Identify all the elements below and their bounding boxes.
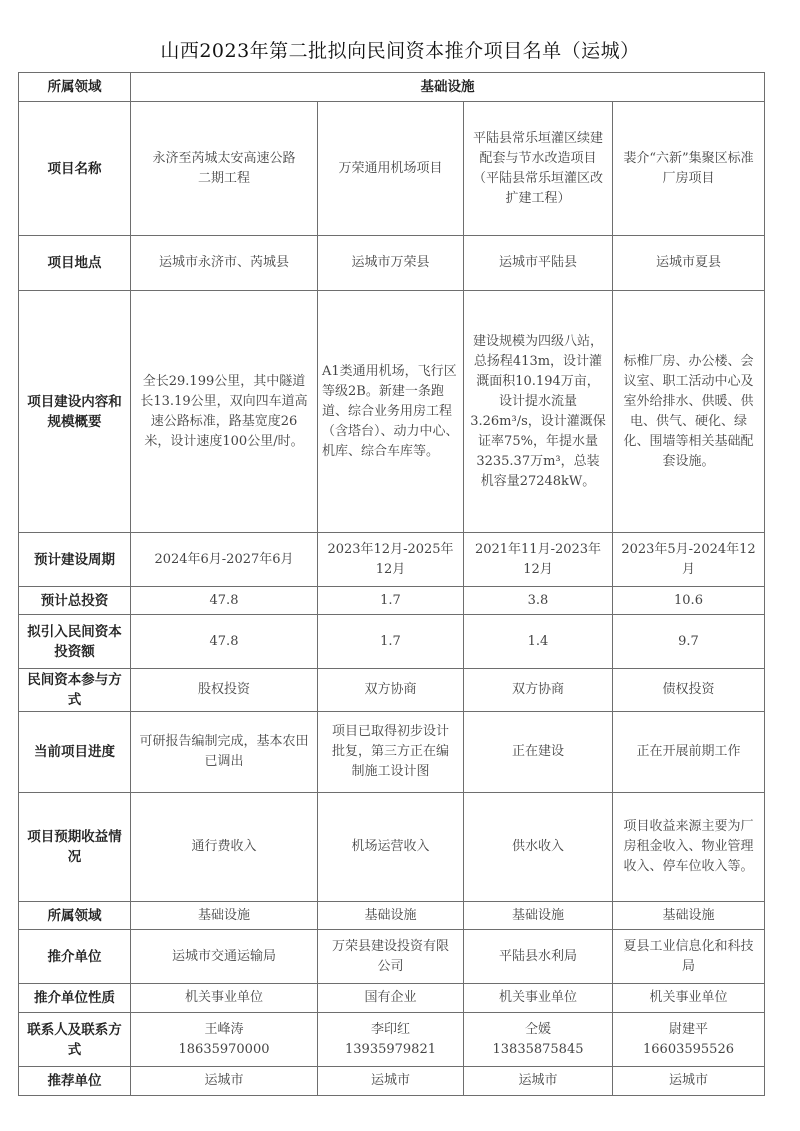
project-table: 所属领域 基础设施 项目名称 永济至芮城太安高速公路二期工程 万荣通用机场项目 … (18, 72, 765, 1096)
contact-name: 仝媛 (468, 1020, 608, 1040)
document-title: 山西2023年第二批拟向民间资本推介项目名单（运城） (0, 36, 800, 63)
table-cell: 3.8 (464, 587, 613, 615)
table-cell: 1.7 (318, 615, 464, 669)
table-cell: 机场运营收入 (318, 793, 464, 902)
table-cell: 运城市永济市、芮城县 (131, 236, 318, 291)
table-row: 预计总投资 47.8 1.7 3.8 10.6 (19, 587, 765, 615)
table-cell: 2023年12月-2025年12月 (318, 533, 464, 587)
table-cell: 供水收入 (464, 793, 613, 902)
row-label: 当前项目进度 (19, 712, 131, 793)
table-row: 拟引入民间资本投资额 47.8 1.7 1.4 9.7 (19, 615, 765, 669)
table-cell: 基础设施 (131, 902, 318, 930)
table-cell: 国有企业 (318, 984, 464, 1013)
table-cell: 运城市夏县 (613, 236, 765, 291)
table-cell: 正在开展前期工作 (613, 712, 765, 793)
table-cell: 全长29.199公里，其中隧道长13.19公里，双向四车道高速公路标准，路基宽度… (131, 291, 318, 533)
row-label: 项目建设内容和规模概要 (19, 291, 131, 533)
table-row: 推介单位 运城市交通运输局 万荣县建设投资有限公司 平陆县水利局 夏县工业信息化… (19, 930, 765, 984)
table-cell: 机关事业单位 (131, 984, 318, 1013)
table-cell: 9.7 (613, 615, 765, 669)
table-row: 项目名称 永济至芮城太安高速公路二期工程 万荣通用机场项目 平陆县常乐垣灌区续建… (19, 102, 765, 236)
table-cell: 运城市 (613, 1067, 765, 1096)
table-row: 项目建设内容和规模概要 全长29.199公里，其中隧道长13.19公里，双向四车… (19, 291, 765, 533)
table-row: 推介单位性质 机关事业单位 国有企业 机关事业单位 机关事业单位 (19, 984, 765, 1013)
table-cell: 10.6 (613, 587, 765, 615)
table-cell: 通行费收入 (131, 793, 318, 902)
header-row: 所属领域 基础设施 (19, 73, 765, 102)
table-cell: 运城市 (131, 1067, 318, 1096)
table-cell: 1.4 (464, 615, 613, 669)
row-label: 预计建设周期 (19, 533, 131, 587)
table-cell: 47.8 (131, 615, 318, 669)
table-row: 当前项目进度 可研报告编制完成，基本农田已调出 项目已取得初步设计批复，第三方正… (19, 712, 765, 793)
contact-name: 李印红 (322, 1020, 459, 1040)
contact-phone: 13935979821 (322, 1040, 459, 1060)
header-label: 所属领域 (19, 73, 131, 102)
table-cell: 基础设施 (613, 902, 765, 930)
row-label: 民间资本参与方式 (19, 669, 131, 712)
table-cell: 运城市平陆县 (464, 236, 613, 291)
header-value: 基础设施 (131, 73, 765, 102)
table-cell: 运城市交通运输局 (131, 930, 318, 984)
contact-phone: 16603595526 (617, 1040, 760, 1060)
table-cell: 机关事业单位 (613, 984, 765, 1013)
table-cell: 标椎厂房、办公楼、会议室、职工活动中心及室外给排水、供暖、供电、供气、硬化、绿化… (613, 291, 765, 533)
table-row: 联系人及联系方式 王峰涛 18635970000 李印红 13935979821… (19, 1013, 765, 1067)
table-row: 所属领域 基础设施 基础设施 基础设施 基础设施 (19, 902, 765, 930)
table-cell: 运城市 (464, 1067, 613, 1096)
table-cell: A1类通用机场，飞行区等级2B。新建一条跑道、综合业务用房工程（含塔台）、动力中… (318, 291, 464, 533)
table-row: 民间资本参与方式 股权投资 双方协商 双方协商 债权投资 (19, 669, 765, 712)
table-cell: 项目已取得初步设计批复，第三方正在编制施工设计图 (318, 712, 464, 793)
table-cell: 双方协商 (318, 669, 464, 712)
table-cell: 平陆县常乐垣灌区续建配套与节水改造项目（平陆县常乐垣灌区改扩建工程） (464, 102, 613, 236)
row-label: 推介单位性质 (19, 984, 131, 1013)
table-cell: 基础设施 (464, 902, 613, 930)
table-cell: 永济至芮城太安高速公路二期工程 (131, 102, 318, 236)
row-label: 拟引入民间资本投资额 (19, 615, 131, 669)
contact-cell: 王峰涛 18635970000 (131, 1013, 318, 1067)
contact-cell: 仝媛 13835875845 (464, 1013, 613, 1067)
table-row: 项目预期收益情况 通行费收入 机场运营收入 供水收入 项目收益来源主要为厂房租金… (19, 793, 765, 902)
table-row: 推荐单位 运城市 运城市 运城市 运城市 (19, 1067, 765, 1096)
table-cell: 2023年5月-2024年12月 (613, 533, 765, 587)
table-cell: 可研报告编制完成，基本农田已调出 (131, 712, 318, 793)
contact-phone: 13835875845 (468, 1040, 608, 1060)
table-cell: 裴介“六新”集聚区标准厂房项目 (613, 102, 765, 236)
contact-name: 王峰涛 (135, 1020, 313, 1040)
table-cell: 2021年11月-2023年12月 (464, 533, 613, 587)
contact-cell: 李印红 13935979821 (318, 1013, 464, 1067)
contact-cell: 尉建平 16603595526 (613, 1013, 765, 1067)
table-row: 预计建设周期 2024年6月-2027年6月 2023年12月-2025年12月… (19, 533, 765, 587)
table-cell: 运城市 (318, 1067, 464, 1096)
table-cell: 夏县工业信息化和科技局 (613, 930, 765, 984)
contact-name: 尉建平 (617, 1020, 760, 1040)
table-cell: 1.7 (318, 587, 464, 615)
table-cell: 建设规模为四级八站，总扬程413m，设计灌溉面积10.194万亩，设计提水流量3… (464, 291, 613, 533)
table-cell: 基础设施 (318, 902, 464, 930)
table-cell: 项目收益来源主要为厂房租金收入、物业管理收入、停车位收入等。 (613, 793, 765, 902)
table-cell: 万荣县建设投资有限公司 (318, 930, 464, 984)
row-label: 项目名称 (19, 102, 131, 236)
row-label: 推介单位 (19, 930, 131, 984)
table-cell: 运城市万荣县 (318, 236, 464, 291)
row-label: 项目预期收益情况 (19, 793, 131, 902)
table-cell: 债权投资 (613, 669, 765, 712)
row-label: 联系人及联系方式 (19, 1013, 131, 1067)
table-cell: 机关事业单位 (464, 984, 613, 1013)
contact-phone: 18635970000 (135, 1040, 313, 1060)
table-cell: 股权投资 (131, 669, 318, 712)
table-cell: 平陆县水利局 (464, 930, 613, 984)
table-cell: 47.8 (131, 587, 318, 615)
table-row: 项目地点 运城市永济市、芮城县 运城市万荣县 运城市平陆县 运城市夏县 (19, 236, 765, 291)
row-label: 预计总投资 (19, 587, 131, 615)
row-label: 项目地点 (19, 236, 131, 291)
table-cell: 双方协商 (464, 669, 613, 712)
row-label: 推荐单位 (19, 1067, 131, 1096)
table-cell: 万荣通用机场项目 (318, 102, 464, 236)
row-label: 所属领域 (19, 902, 131, 930)
table-cell: 2024年6月-2027年6月 (131, 533, 318, 587)
table-cell: 正在建设 (464, 712, 613, 793)
